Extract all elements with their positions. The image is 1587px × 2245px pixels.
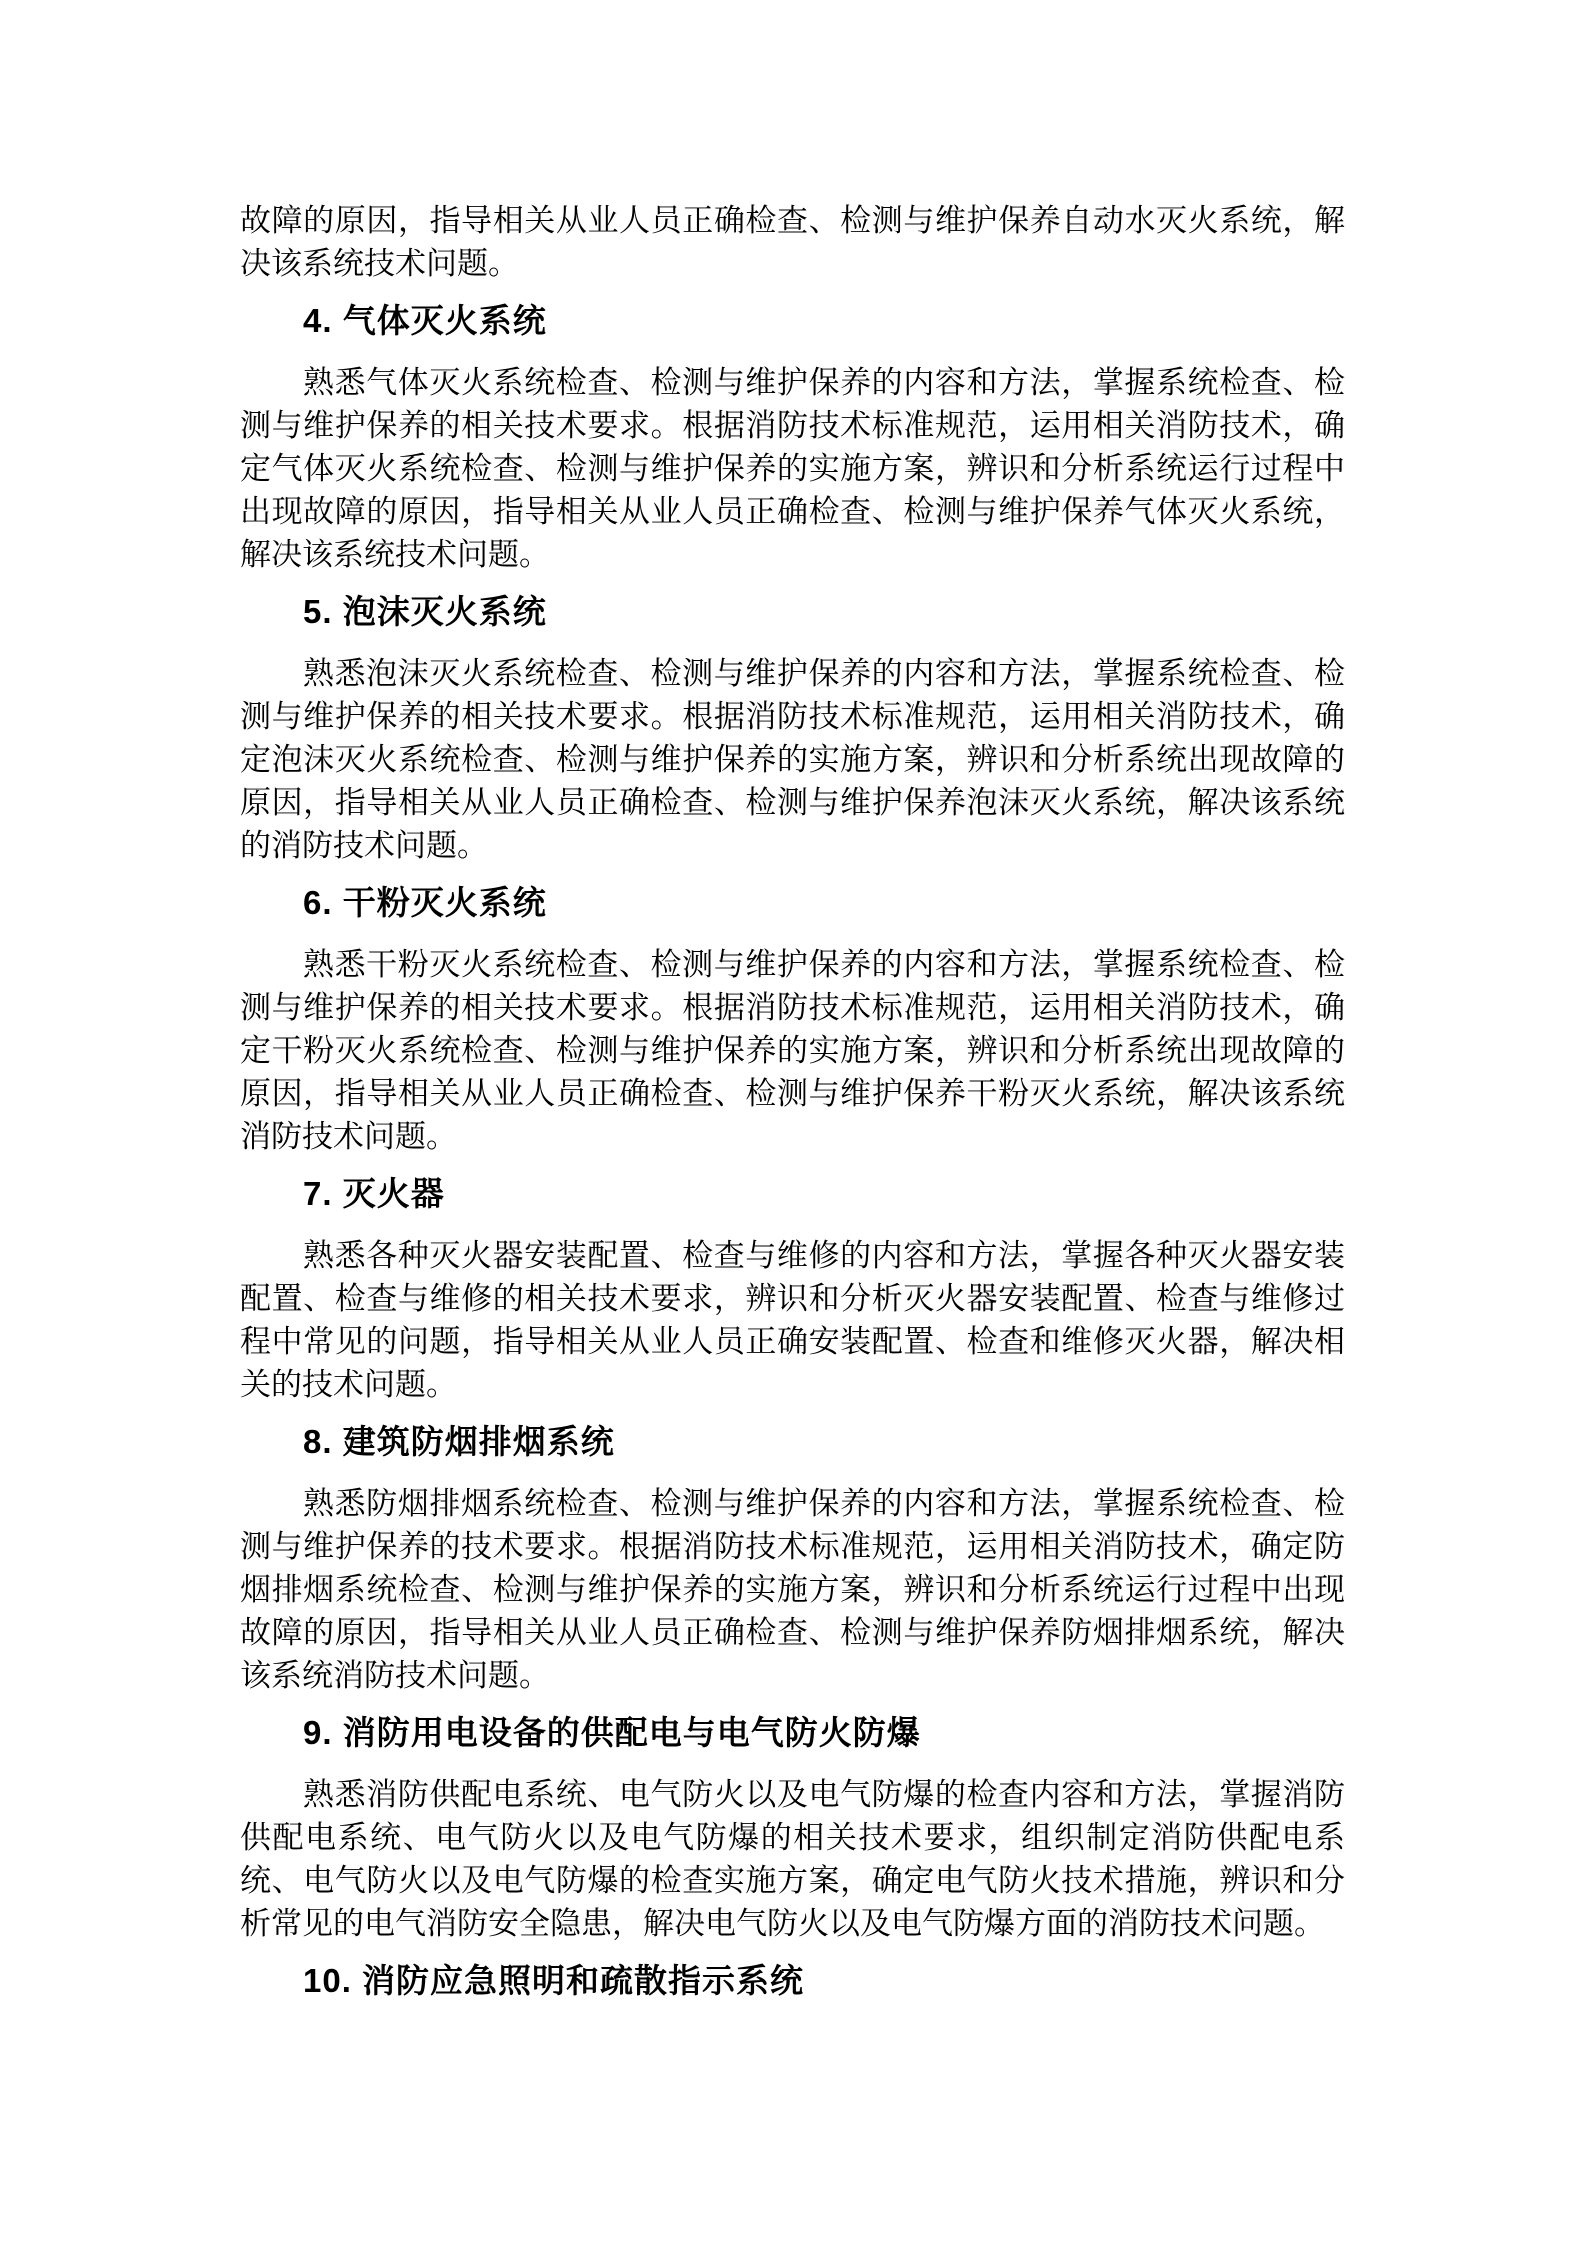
section-heading-power-supply-electrical-fire-prevention: 9. 消防用电设备的供配电与电气防火防爆 xyxy=(303,1710,1345,1756)
paragraph-continuation: 故障的原因，指导相关从业人员正确检查、检测与维护保养自动水灭火系统，解决该系统技… xyxy=(240,199,1345,285)
section-heading-emergency-lighting-evacuation-system: 10. 消防应急照明和疏散指示系统 xyxy=(303,1958,1345,2004)
section-heading-dry-powder-extinguishing-system: 6. 干粉灭火系统 xyxy=(303,880,1345,926)
section-heading-foam-extinguishing-system: 5. 泡沫灭火系统 xyxy=(303,589,1345,635)
section-paragraph-fire-extinguisher: 熟悉各种灭火器安装配置、检查与维修的内容和方法，掌握各种灭火器安装配置、检查与维… xyxy=(240,1234,1345,1406)
section-paragraph-power-supply-electrical-fire-prevention: 熟悉消防供配电系统、电气防火以及电气防爆的检查内容和方法，掌握消防供配电系统、电… xyxy=(240,1773,1345,1945)
section-heading-fire-extinguisher: 7. 灭火器 xyxy=(303,1171,1345,1217)
section-heading-smoke-control-system: 8. 建筑防烟排烟系统 xyxy=(303,1419,1345,1465)
section-paragraph-smoke-control-system: 熟悉防烟排烟系统检查、检测与维护保养的内容和方法，掌握系统检查、检测与维护保养的… xyxy=(240,1482,1345,1697)
section-heading-gas-extinguishing-system: 4. 气体灭火系统 xyxy=(303,298,1345,344)
section-paragraph-dry-powder-extinguishing-system: 熟悉干粉灭火系统检查、检测与维护保养的内容和方法，掌握系统检查、检测与维护保养的… xyxy=(240,943,1345,1158)
section-paragraph-foam-extinguishing-system: 熟悉泡沫灭火系统检查、检测与维护保养的内容和方法，掌握系统检查、检测与维护保养的… xyxy=(240,652,1345,867)
section-paragraph-gas-extinguishing-system: 熟悉气体灭火系统检查、检测与维护保养的内容和方法，掌握系统检查、检测与维护保养的… xyxy=(240,361,1345,576)
document-page: 故障的原因，指导相关从业人员正确检查、检测与维护保养自动水灭火系统，解决该系统技… xyxy=(0,0,1587,2245)
